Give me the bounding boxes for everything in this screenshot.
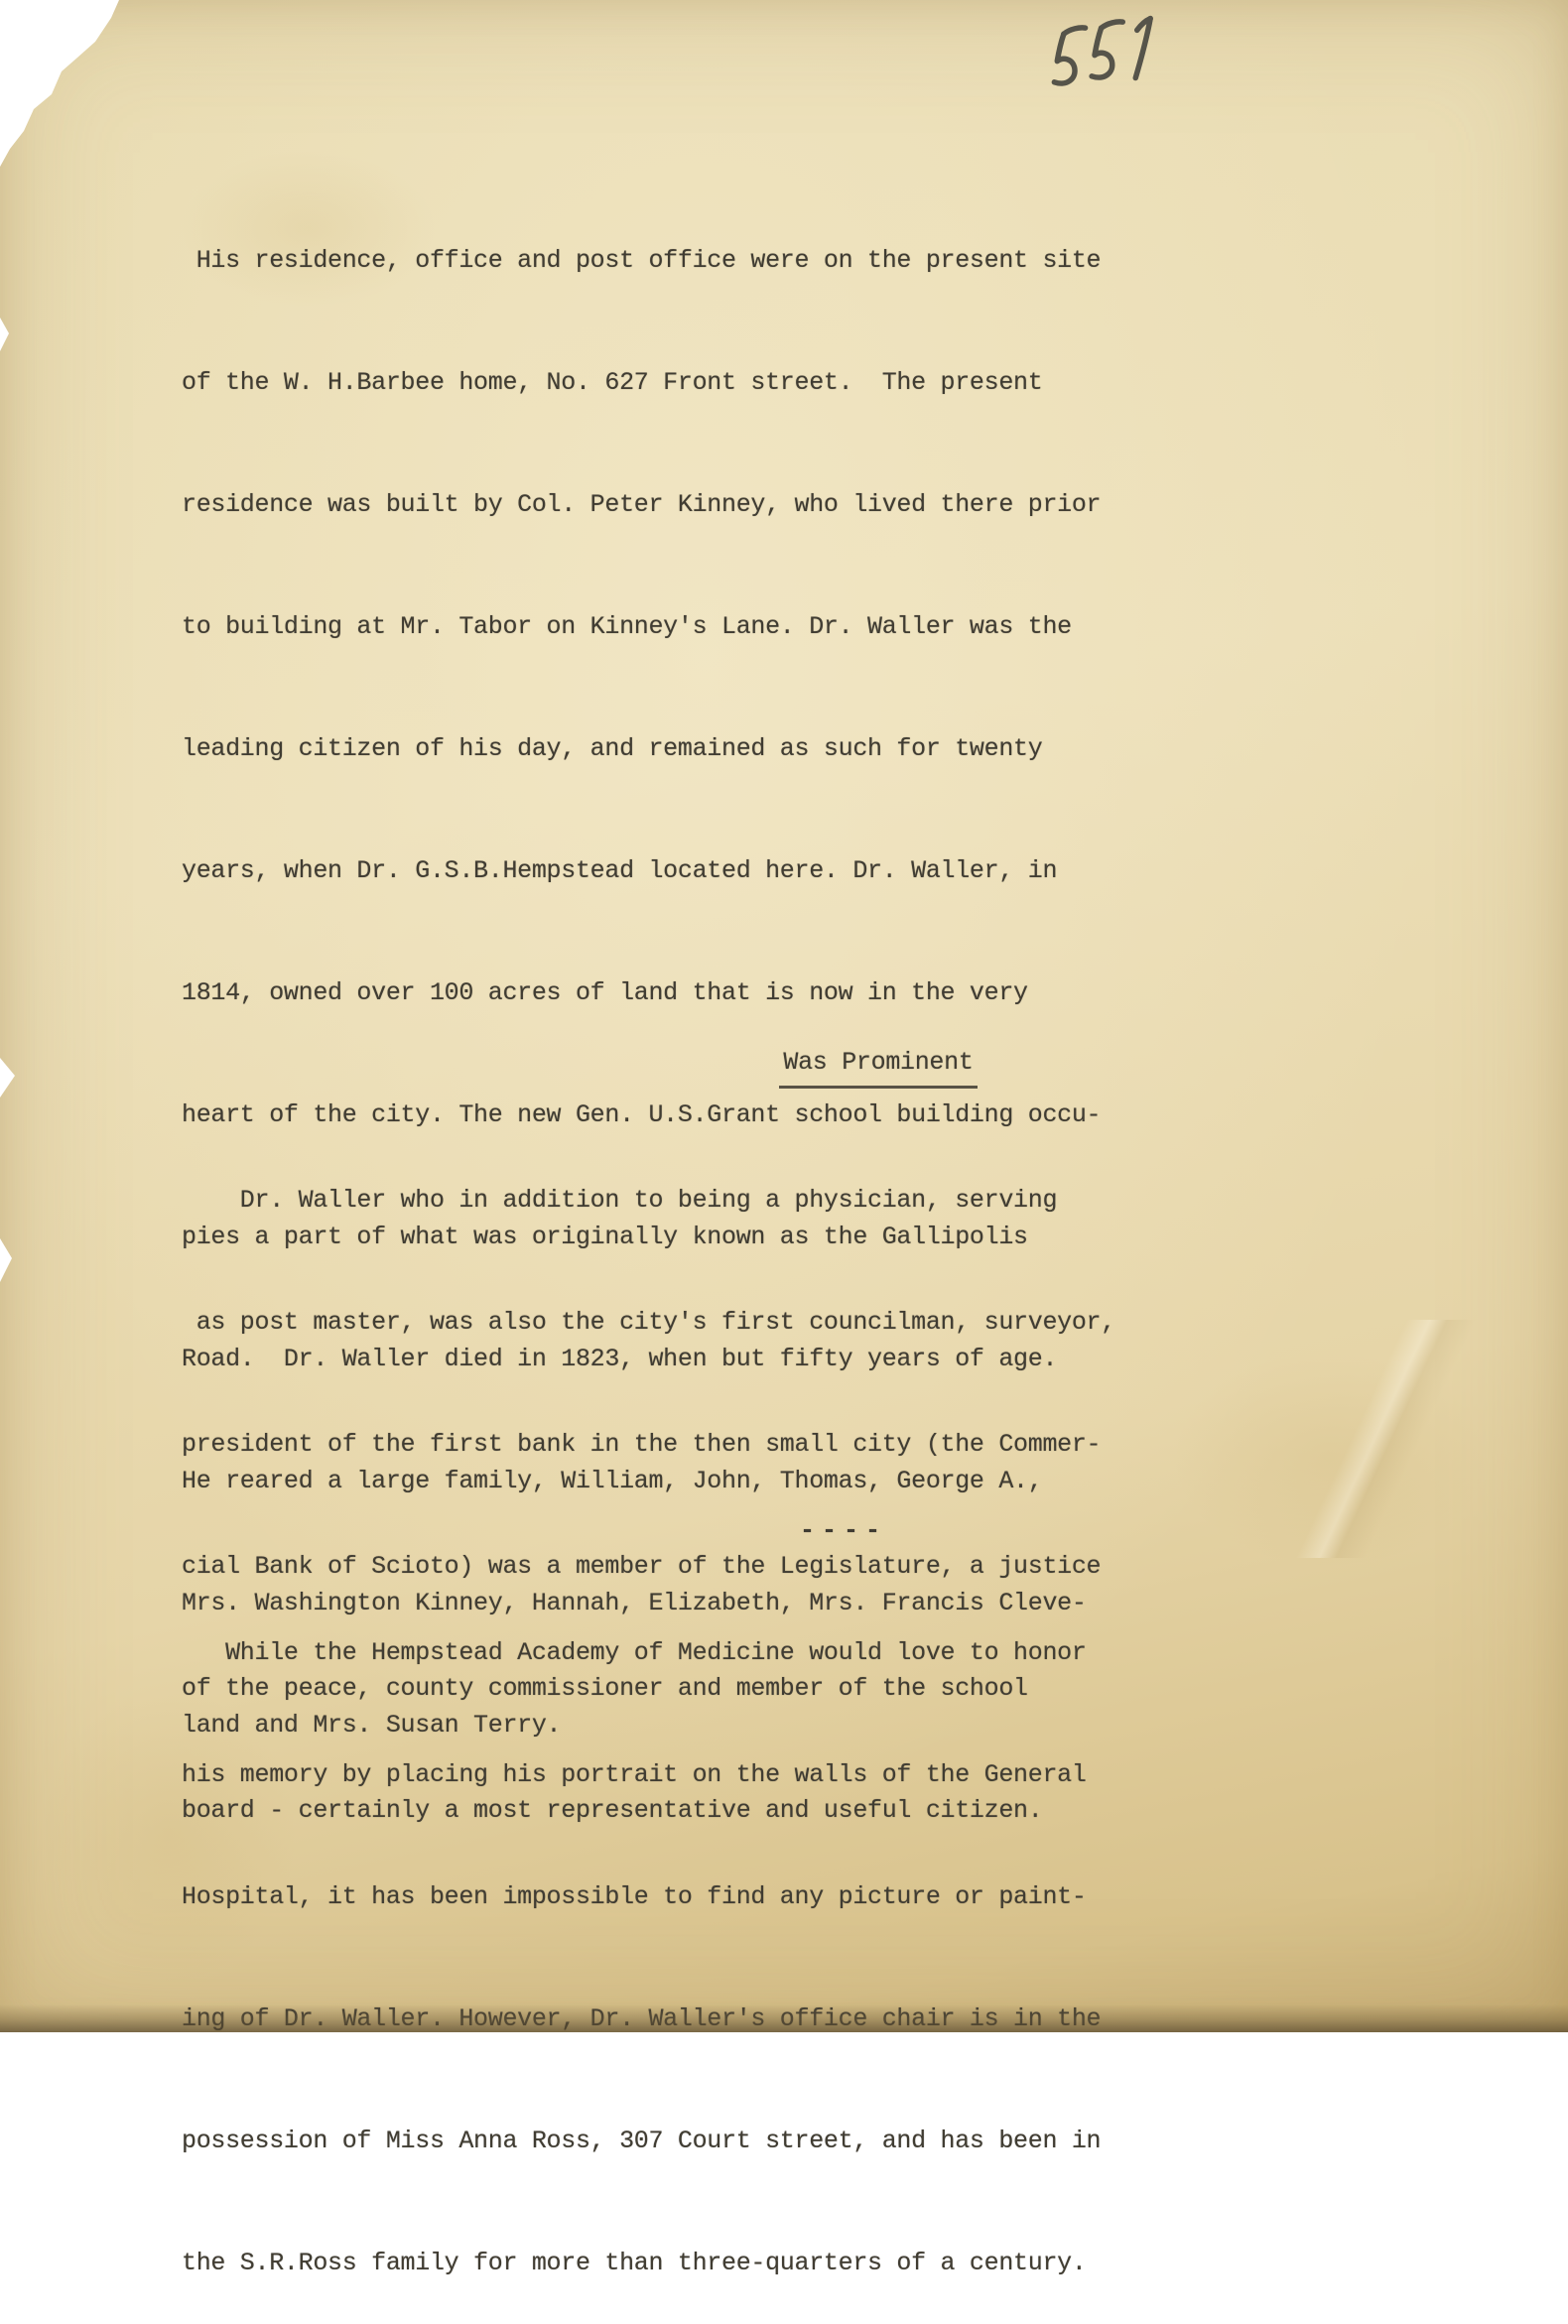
section-heading-text: Was Prominent: [779, 1043, 977, 1089]
typed-line: as post master, was also the city's firs…: [182, 1290, 1115, 1355]
section-heading: Was Prominent: [750, 1014, 978, 1089]
typed-line: ing of Dr. Waller. However, Dr. Waller's…: [182, 1987, 1101, 2032]
paragraph-3: While the Hempstead Academy of Medicine …: [182, 1563, 1101, 2032]
page-number-handwritten: [1025, 8, 1188, 101]
typed-line: to building at Mr. Tabor on Kinney's Lan…: [182, 594, 1101, 659]
paper-stain: [1171, 1350, 1489, 1568]
paper-crease: [1141, 1320, 1568, 1558]
handwritten-551-strokes: [1025, 8, 1188, 101]
typed-line: years, when Dr. G.S.B.Hempstead located …: [182, 839, 1101, 903]
typed-line: Hospital, it has been impossible to find…: [182, 1865, 1101, 1929]
separator-dashes: ----: [800, 1498, 887, 1563]
typed-line: His residence, office and post office we…: [182, 228, 1101, 293]
typed-line: his memory by placing his portrait on th…: [182, 1743, 1101, 1807]
typed-line: leading citizen of his day, and remained…: [182, 716, 1101, 781]
typed-line: president of the first bank in the then …: [182, 1412, 1115, 1477]
typed-line: of the W. H.Barbee home, No. 627 Front s…: [182, 350, 1101, 415]
typed-line: Dr. Waller who in addition to being a ph…: [182, 1168, 1115, 1232]
typed-line: While the Hempstead Academy of Medicine …: [182, 1620, 1101, 1685]
typed-line: residence was built by Col. Peter Kinney…: [182, 472, 1101, 537]
